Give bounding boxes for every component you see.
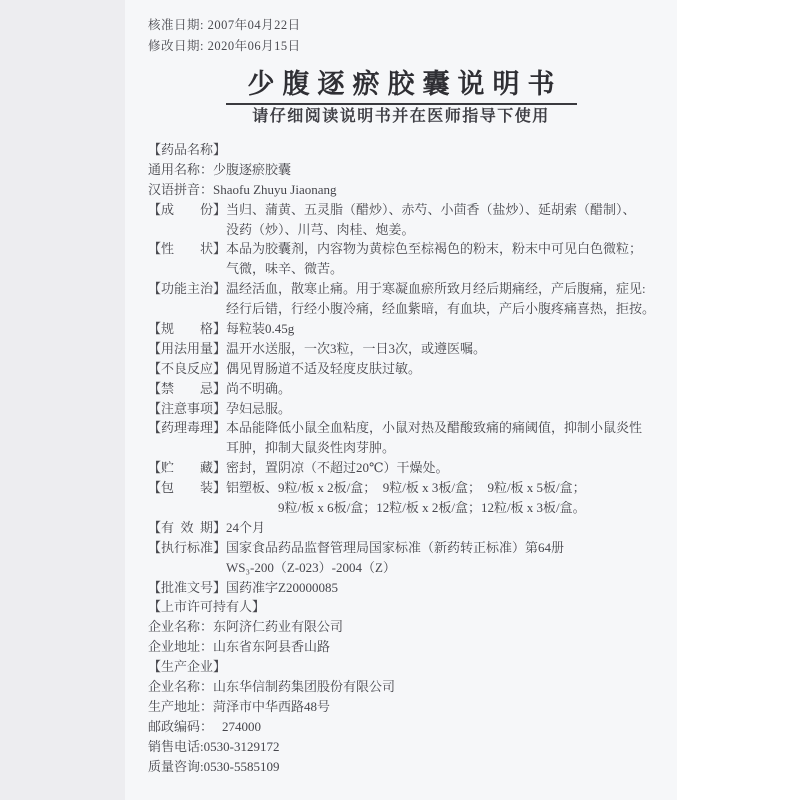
storage-value: 密封，置阴凉（不超过20℃）干燥处。 bbox=[226, 460, 449, 475]
field-character-line1: 【性 状】本品为胶囊剂，内容物为黄棕色至棕褐色的粉末，粉末中可见白色微粒； bbox=[148, 239, 668, 259]
mah-addr-value: 山东省东阿县香山路 bbox=[213, 639, 330, 654]
standard-text-1: 国家食品药品监督管理局国家标准（新药转正标准）第64册 bbox=[226, 540, 564, 555]
mah-name-label: 企业名称： bbox=[148, 619, 213, 634]
leaflet-body: 【药品名称】 通用名称：少腹逐瘀胶囊 汉语拼音：Shaofu Zhuyu Jia… bbox=[148, 140, 668, 777]
sales-phone-value: 0530-3129172 bbox=[204, 739, 280, 754]
field-indications-line1: 【功能主治】温经活血，散寒止痛。用于寒凝血瘀所致月经后期痛经，产后腹痛，症见: bbox=[148, 279, 668, 299]
mah-header-label: 【上市许可持有人】 bbox=[148, 599, 265, 614]
field-sales-phone: 销售电话:0530-3129172 bbox=[148, 737, 668, 757]
precautions-label: 【注意事项】 bbox=[148, 399, 226, 419]
pinyin-label: 汉语拼音： bbox=[148, 182, 213, 197]
packaging-text-1: 铝塑板、9粒/板 x 2板/盒； 9粒/板 x 3板/盒； 9粒/板 x 5板/… bbox=[226, 480, 586, 495]
spec-label: 【规 格】 bbox=[148, 319, 226, 339]
generic-name-value: 少腹逐瘀胶囊 bbox=[213, 162, 291, 177]
field-indications-line2: 经行后错，行经小腹冷痛，经血紫暗，有血块，产后小腹疼痛喜热，拒按。 bbox=[148, 299, 668, 319]
precautions-value: 孕妇忌服。 bbox=[226, 401, 291, 416]
mfr-addr-value: 菏泽市中华西路48号 bbox=[213, 699, 330, 714]
field-manufacturer-header: 【生产企业】 bbox=[148, 657, 668, 677]
packaging-label: 【包 装】 bbox=[148, 478, 226, 498]
ingredients-label: 【成 份】 bbox=[148, 200, 226, 220]
field-usage: 【用法用量】温开水送服，一次3粒，一日3次，或遵医嘱。 bbox=[148, 339, 668, 359]
adverse-label: 【不良反应】 bbox=[148, 359, 226, 379]
field-precautions: 【注意事项】孕妇忌服。 bbox=[148, 399, 668, 419]
field-packaging-line2: 9粒/板 x 6板/盒；12粒/板 x 2板/盒；12粒/板 x 3板/盒。 bbox=[148, 498, 668, 518]
mah-name-value: 东阿济仁药业有限公司 bbox=[213, 619, 343, 634]
field-ingredients-line2: 没药（炒）、川芎、肉桂、炮姜。 bbox=[148, 220, 668, 240]
quality-phone-value: 0530-5585109 bbox=[204, 759, 280, 774]
quality-phone-label: 质量咨询: bbox=[148, 759, 204, 774]
approval-date-label: 核准日期: bbox=[148, 18, 208, 32]
approval-no-label: 【批准文号】 bbox=[148, 578, 226, 598]
drug-name-header-label: 【药品名称】 bbox=[148, 142, 226, 157]
indications-text-1: 温经活血，散寒止痛。用于寒凝血瘀所致月经后期痛经，产后腹痛，症见: bbox=[226, 281, 646, 296]
postcode-label: 邮政编码： bbox=[148, 719, 213, 734]
field-packaging-line1: 【包 装】铝塑板、9粒/板 x 2板/盒； 9粒/板 x 3板/盒； 9粒/板 … bbox=[148, 478, 668, 498]
field-ingredients-line1: 【成 份】当归、蒲黄、五灵脂（醋炒）、赤芍、小茴香（盐炒）、延胡索（醋制）、 bbox=[148, 200, 668, 220]
character-label: 【性 状】 bbox=[148, 239, 226, 259]
character-text-1: 本品为胶囊剂，内容物为黄棕色至棕褐色的粉末，粉末中可见白色微粒； bbox=[226, 241, 642, 256]
field-standard-line2: WS₃-200（Z-023）-2004（Z） bbox=[148, 558, 668, 578]
spec-value: 每粒装0.45g bbox=[226, 321, 294, 336]
field-quality-phone: 质量咨询:0530-5585109 bbox=[148, 757, 668, 777]
mfr-name-value: 山东华信制药集团股份有限公司 bbox=[213, 679, 395, 694]
field-validity: 【有 效 期】24个月 bbox=[148, 518, 668, 538]
field-postcode: 邮政编码：274000 bbox=[148, 717, 668, 737]
mah-addr-label: 企业地址： bbox=[148, 639, 213, 654]
postcode-value: 274000 bbox=[222, 719, 261, 734]
contraindication-label: 【禁 忌】 bbox=[148, 379, 226, 399]
manufacturer-header-label: 【生产企业】 bbox=[148, 659, 226, 674]
field-character-line2: 气微，味辛、微苦。 bbox=[148, 259, 668, 279]
revision-date-line: 修改日期: 2020年06月15日 bbox=[148, 36, 301, 57]
contraindication-value: 尚不明确。 bbox=[226, 381, 291, 396]
field-mah-addr: 企业地址：山东省东阿县香山路 bbox=[148, 637, 668, 657]
mfr-name-label: 企业名称： bbox=[148, 679, 213, 694]
page-subtitle: 请仔细阅读说明书并在医师指导下使用 bbox=[125, 107, 677, 127]
pharmacology-label: 【药理毒理】 bbox=[148, 418, 226, 438]
field-mah-name: 企业名称：东阿济仁药业有限公司 bbox=[148, 617, 668, 637]
packaging-text-2: 9粒/板 x 6板/盒；12粒/板 x 2板/盒；12粒/板 x 3板/盒。 bbox=[278, 500, 586, 515]
approval-date-line: 核准日期: 2007年04月22日 bbox=[148, 15, 301, 36]
indications-text-2: 经行后错，行经小腹冷痛，经血紫暗，有血块，产后小腹疼痛喜热，拒按。 bbox=[226, 301, 655, 316]
field-storage: 【贮 藏】密封，置阴凉（不超过20℃）干燥处。 bbox=[148, 458, 668, 478]
field-drug-name-header: 【药品名称】 bbox=[148, 140, 668, 160]
sales-phone-label: 销售电话: bbox=[148, 739, 204, 754]
field-contraindication: 【禁 忌】尚不明确。 bbox=[148, 379, 668, 399]
usage-label: 【用法用量】 bbox=[148, 339, 226, 359]
field-pharmacology-line1: 【药理毒理】本品能降低小鼠全血粘度，小鼠对热及醋酸致痛的痛阈值，抑制小鼠炎性 bbox=[148, 418, 668, 438]
page-title: 少腹逐瘀胶囊说明书 bbox=[226, 70, 577, 105]
validity-label: 【有 效 期】 bbox=[148, 518, 226, 538]
field-spec: 【规 格】每粒装0.45g bbox=[148, 319, 668, 339]
leaflet-photo: 核准日期: 2007年04月22日 修改日期: 2020年06月15日 少腹逐瘀… bbox=[0, 0, 800, 800]
photo-left-band bbox=[0, 0, 125, 800]
field-pinyin: 汉语拼音：Shaofu Zhuyu Jiaonang bbox=[148, 180, 668, 200]
field-mfr-name: 企业名称：山东华信制药集团股份有限公司 bbox=[148, 677, 668, 697]
field-mah-header: 【上市许可持有人】 bbox=[148, 597, 668, 617]
storage-label: 【贮 藏】 bbox=[148, 458, 226, 478]
approval-no-value: 国药准字Z20000085 bbox=[226, 580, 338, 595]
pharmacology-text-2: 耳肿，抑制大鼠炎性肉芽肿。 bbox=[226, 440, 395, 455]
pharmacology-text-1: 本品能降低小鼠全血粘度，小鼠对热及醋酸致痛的痛阈值，抑制小鼠炎性 bbox=[226, 420, 642, 435]
field-pharmacology-line2: 耳肿，抑制大鼠炎性肉芽肿。 bbox=[148, 438, 668, 458]
ingredients-text-1: 当归、蒲黄、五灵脂（醋炒）、赤芍、小茴香（盐炒）、延胡索（醋制）、 bbox=[226, 202, 636, 217]
revision-date-value: 2020年06月15日 bbox=[208, 39, 301, 53]
field-generic-name: 通用名称：少腹逐瘀胶囊 bbox=[148, 160, 668, 180]
pinyin-value: Shaofu Zhuyu Jiaonang bbox=[213, 182, 336, 197]
generic-name-label: 通用名称： bbox=[148, 162, 213, 177]
character-text-2: 气微，味辛、微苦。 bbox=[226, 261, 343, 276]
field-adverse: 【不良反应】偶见胃肠道不适及轻度皮肤过敏。 bbox=[148, 359, 668, 379]
field-approval-no: 【批准文号】国药准字Z20000085 bbox=[148, 578, 668, 598]
validity-value: 24个月 bbox=[226, 520, 265, 535]
standard-label: 【执行标准】 bbox=[148, 538, 226, 558]
photo-right-band bbox=[677, 0, 800, 800]
date-block: 核准日期: 2007年04月22日 修改日期: 2020年06月15日 bbox=[148, 15, 301, 57]
adverse-value: 偶见胃肠道不适及轻度皮肤过敏。 bbox=[226, 361, 421, 376]
field-standard-line1: 【执行标准】国家食品药品监督管理局国家标准（新药转正标准）第64册 bbox=[148, 538, 668, 558]
ingredients-text-2: 没药（炒）、川芎、肉桂、炮姜。 bbox=[226, 222, 415, 237]
usage-value: 温开水送服，一次3粒，一日3次，或遵医嘱。 bbox=[226, 341, 486, 356]
revision-date-label: 修改日期: bbox=[148, 39, 208, 53]
mfr-addr-label: 生产地址： bbox=[148, 699, 213, 714]
indications-label: 【功能主治】 bbox=[148, 279, 226, 299]
standard-text-2: WS₃-200（Z-023）-2004（Z） bbox=[226, 560, 396, 575]
field-mfr-addr: 生产地址：菏泽市中华西路48号 bbox=[148, 697, 668, 717]
approval-date-value: 2007年04月22日 bbox=[208, 18, 301, 32]
title-area: 少腹逐瘀胶囊说明书 bbox=[125, 70, 677, 105]
